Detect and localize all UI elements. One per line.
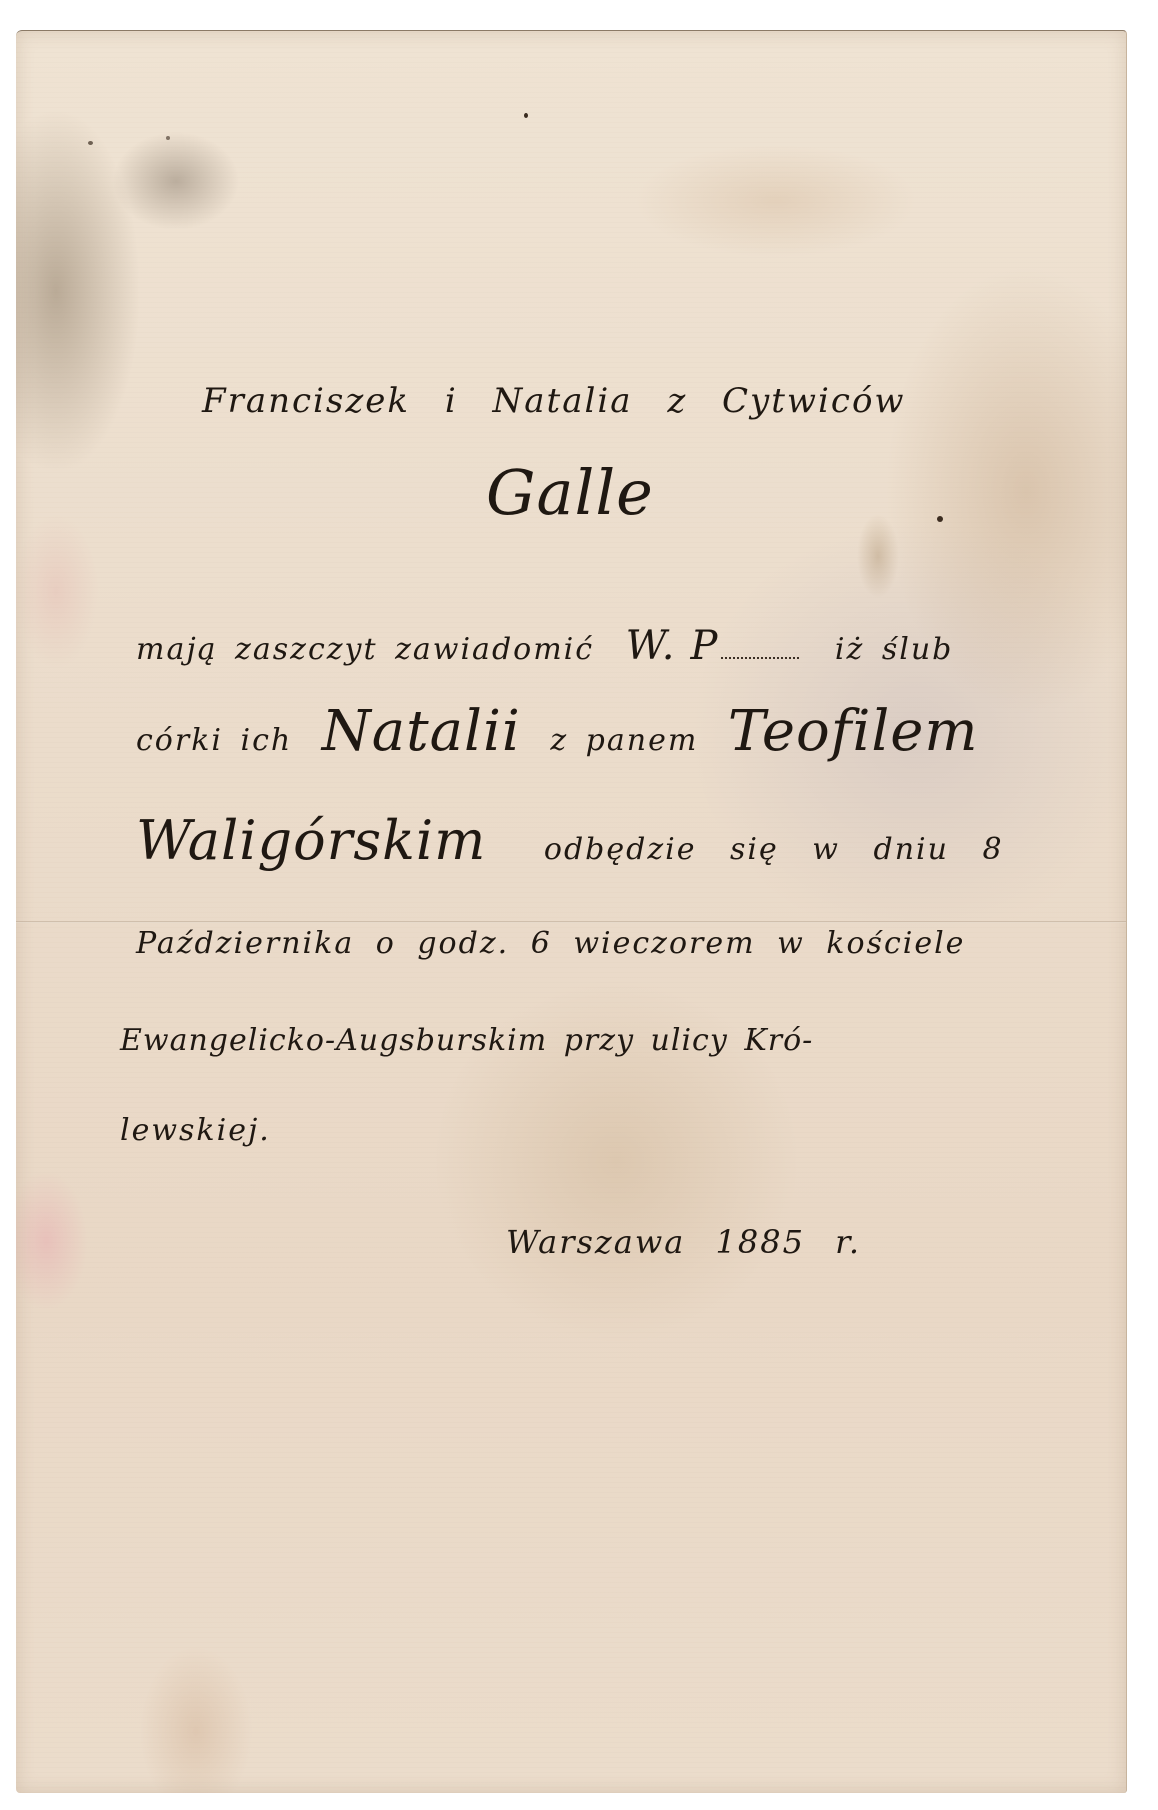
mother-maiden-name: Cytwiców [722, 381, 905, 421]
announcement-line-3: Waligórskim odbędzie się w dniu 8 [136, 809, 1004, 872]
church-street-text: Ewangelicko-Augsburskim przy ulicy Kró- [120, 1023, 813, 1058]
ink-speck [524, 113, 528, 118]
preposition: z [667, 381, 687, 421]
place-and-date: Warszawa 1885 r. [506, 1223, 861, 1261]
groom-first-name: Teofilem [728, 699, 979, 764]
street-end-text: lewskiej. [120, 1113, 271, 1148]
addressee-blank-line [721, 653, 799, 659]
parents-line: Franciszek i Natalia z Cytwiców [202, 381, 906, 421]
addressee-w: W. [626, 623, 677, 669]
announcement-line-1: mają zaszczyt zawiadomić W.P iż ślub [136, 623, 953, 669]
announcement-line-2: córki ich Natalii z panem Teofilem [136, 699, 979, 764]
family-surname: Galle [486, 456, 654, 529]
month-time-church-text: Października o godz. 6 wieczorem w kości… [136, 926, 965, 961]
conjunction: i [445, 381, 458, 421]
addressee-p: P [690, 623, 719, 669]
with-mr-text: z panem [550, 723, 698, 758]
parent-mother: Natalia [493, 381, 633, 421]
announcement-line-6: lewskiej. [120, 1113, 271, 1148]
daughter-text: córki ich [136, 723, 292, 758]
parent-father: Franciszek [202, 381, 410, 421]
ink-speck [937, 516, 943, 522]
announce-text-2: iż ślub [835, 632, 953, 667]
fold-crease [16, 921, 1126, 923]
bride-name: Natalii [322, 699, 521, 764]
ink-speck [166, 136, 170, 140]
invitation-paper: Franciszek i Natalia z Cytwiców Galle ma… [16, 30, 1127, 1793]
ink-speck [88, 141, 93, 145]
announce-text: mają zaszczyt zawiadomić [136, 632, 594, 667]
ceremony-date-text: odbędzie się w dniu 8 [544, 832, 1004, 867]
place-date-text: Warszawa 1885 r. [506, 1223, 861, 1261]
announcement-line-5: Ewangelicko-Augsburskim przy ulicy Kró- [120, 1023, 813, 1058]
announcement-line-4: Października o godz. 6 wieczorem w kości… [136, 926, 965, 961]
groom-last-name: Waligórskim [136, 809, 486, 872]
